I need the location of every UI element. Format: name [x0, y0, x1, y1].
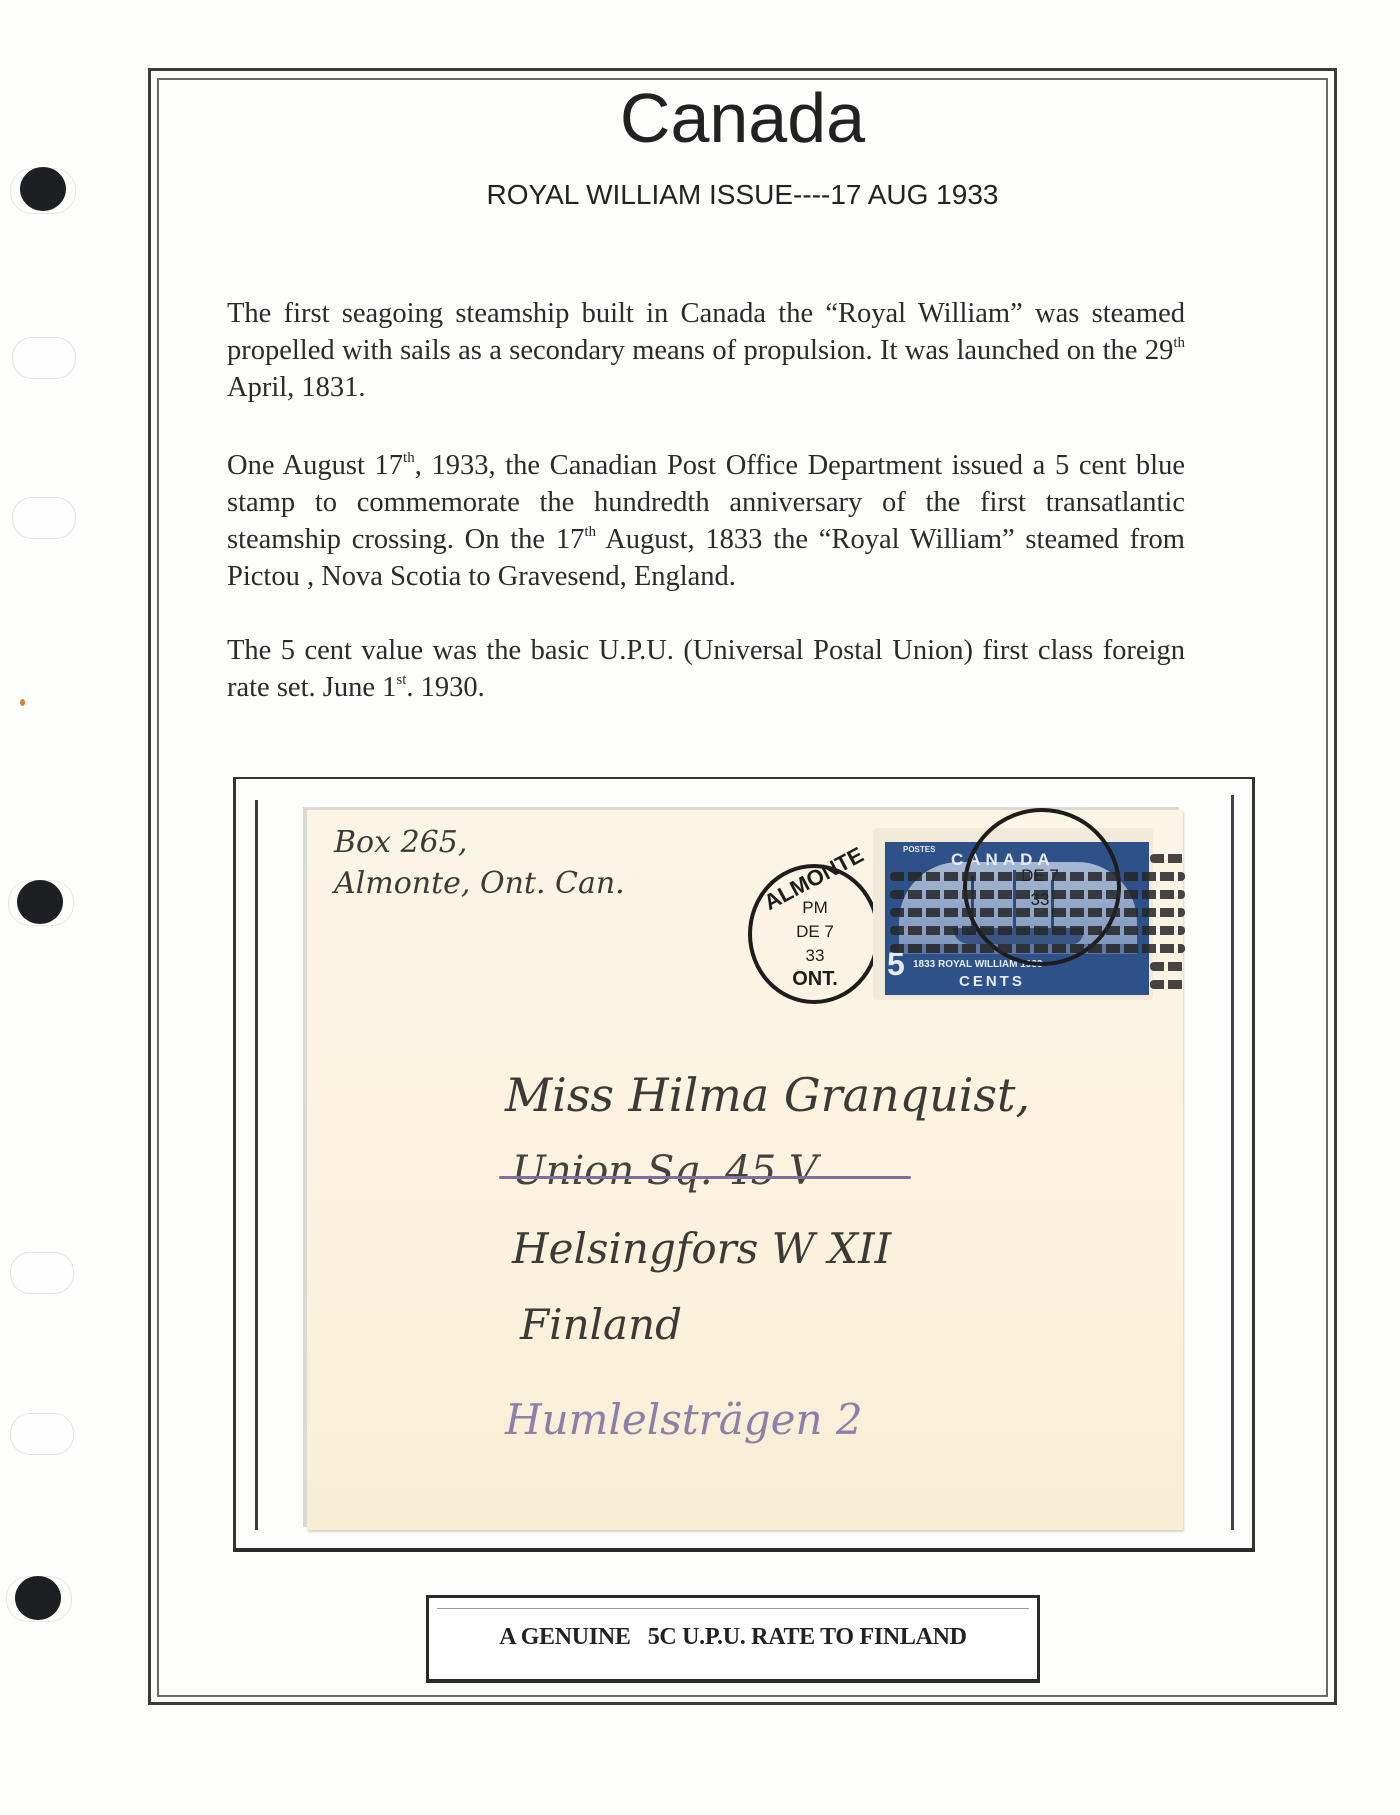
postmark-town-partial: ​ [1000, 812, 1080, 835]
recipient-country: Finland [520, 1300, 682, 1349]
stamp-denomination: CENTS [959, 973, 1025, 990]
page-title: Canada [0, 78, 1400, 158]
recipient-struck-address: Union Sq. 45 V [512, 1148, 818, 1194]
recipient-city: Helsingfors W XII [512, 1224, 891, 1273]
paper-speck [20, 699, 25, 706]
cancel-bar [890, 872, 1185, 881]
paragraph-issue: One August 17th, 1933, the Canadian Post… [227, 447, 1185, 595]
cancel-bar [890, 908, 1185, 917]
binder-slot [10, 1413, 74, 1455]
mount-inner-line-right [1231, 795, 1234, 1530]
binder-hole [17, 880, 63, 924]
return-address-line-2: Almonte, Ont. Can. [334, 866, 625, 901]
cancel-bar [1150, 980, 1185, 989]
postmark-province: ONT. [775, 968, 855, 991]
stamp-postes: POSTES [903, 845, 935, 854]
strikethrough-line [499, 1176, 911, 1179]
paragraph-history: The first seagoing steamship built in Ca… [227, 295, 1185, 406]
cancel-bar [1150, 962, 1185, 971]
return-address-line-1: Box 265, [334, 825, 467, 860]
cancel-bar [890, 890, 1185, 899]
binder-slot [12, 497, 76, 539]
cancel-bar [890, 944, 1185, 953]
binder-slot [10, 1252, 74, 1294]
paragraph-rate: The 5 cent value was the basic U.P.U. (U… [227, 632, 1185, 706]
recipient-name: Miss Hilma Granquist, [505, 1068, 1030, 1122]
cancel-bar [890, 926, 1185, 935]
page-subtitle: ROYAL WILLIAM ISSUE----17 AUG 1933 [0, 178, 1400, 212]
binder-hole [15, 1576, 61, 1620]
caption-inner-line [437, 1608, 1029, 1609]
postmark-date: DE 7 [780, 922, 850, 942]
mount-inner-line-left [255, 800, 258, 1530]
caption-box: A GENUINE 5C U.P.U. RATE TO FINLAND [426, 1595, 1040, 1683]
binder-slot [12, 337, 76, 379]
postmark-year: 33 [790, 946, 840, 966]
recipient-added-address: Humlelsträgen 2 [505, 1395, 863, 1444]
postmark-time: PM [790, 898, 840, 918]
cancel-bar [1150, 854, 1185, 863]
caption-text: A GENUINE 5C U.P.U. RATE TO FINLAND [429, 1624, 1037, 1651]
